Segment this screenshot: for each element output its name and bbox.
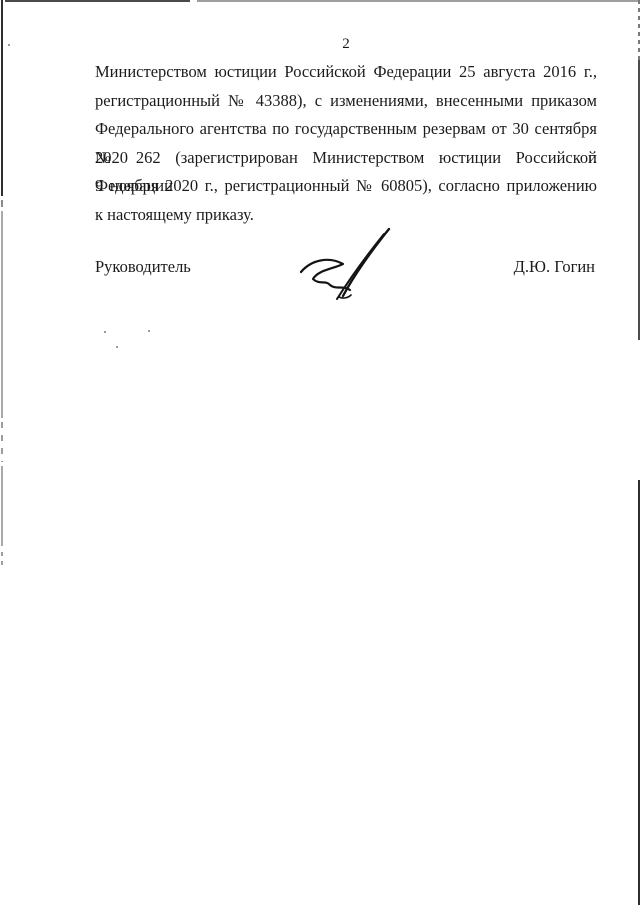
scan-edge-left-dash-end — [1, 552, 3, 566]
scan-speck — [148, 330, 150, 332]
scan-edge-left-dash — [1, 200, 3, 207]
scan-edge-left-dark — [1, 0, 3, 196]
handwritten-signature-icon — [293, 225, 401, 303]
paragraph-line: 9 ноября 2020 г., регистрационный № 6080… — [95, 172, 597, 201]
document-page: 2 Министерством юстиции Российской Федер… — [0, 0, 640, 905]
scan-edge-left-gray-lower — [1, 466, 3, 546]
scan-speck — [116, 346, 118, 348]
scan-edge-top-dark — [5, 0, 190, 2]
signatory-name: Д.Ю. Гогин — [514, 257, 595, 277]
page-number: 2 — [95, 36, 597, 53]
scan-edge-left-dashes — [1, 422, 3, 462]
scan-speck — [104, 331, 106, 333]
paragraph-line: Федерального агентства по государственны… — [95, 115, 597, 144]
scan-edge-top-light — [197, 0, 640, 2]
paragraph-line: № 262 (зарегистрирован Министерством юст… — [95, 144, 597, 173]
paragraph: Министерством юстиции Российской Федерац… — [95, 58, 597, 230]
scan-speck — [8, 44, 10, 46]
paragraph-line: регистрационный № 43388), с изменениями,… — [95, 87, 597, 116]
scan-edge-left-gray — [1, 211, 3, 418]
signatory-role: Руководитель — [95, 257, 191, 277]
paragraph-line: Министерством юстиции Российской Федерац… — [95, 58, 597, 87]
